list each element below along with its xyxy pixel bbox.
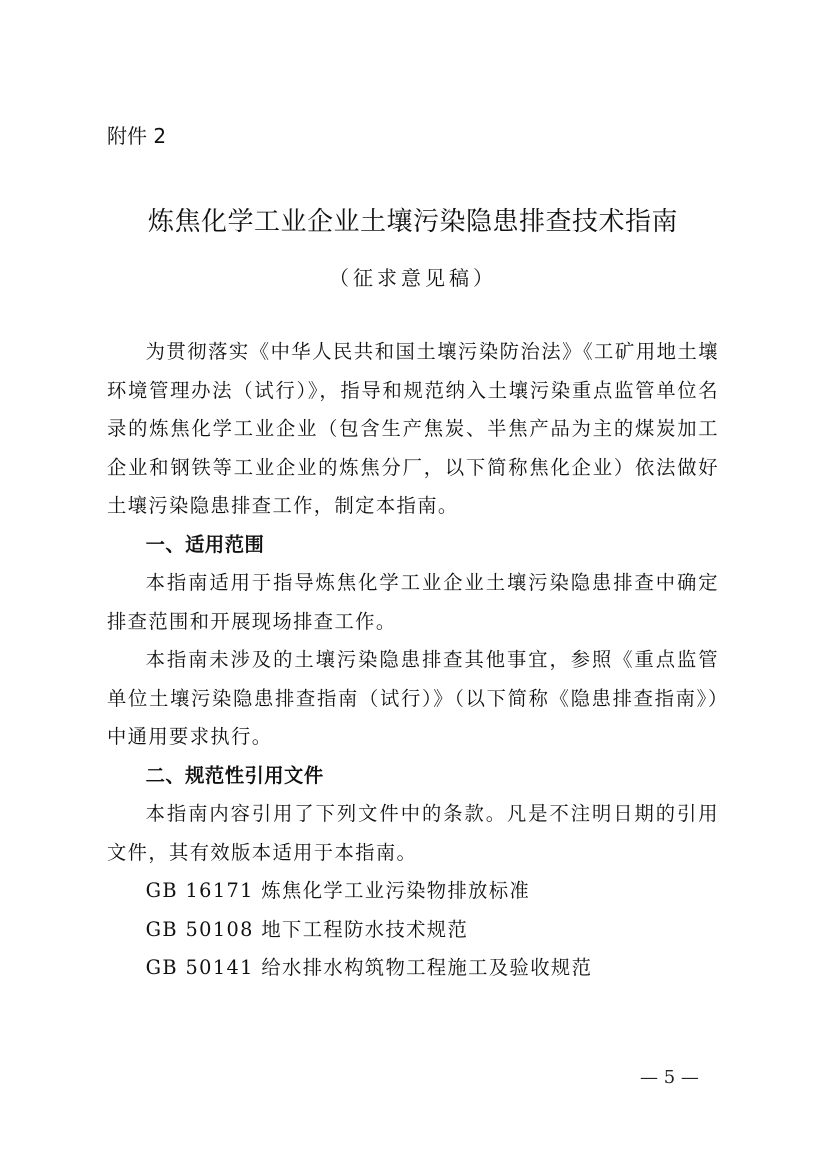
- references-paragraph: 本指南内容引用了下列文件中的条款。凡是不注明日期的引用文件，其有效版本适用于本指…: [107, 795, 719, 872]
- document-subtitle: （征求意见稿）: [0, 262, 826, 291]
- document-page: 附件 2 炼焦化学工业企业土壤污染隐患排查技术指南 （征求意见稿） 为贯彻落实《…: [0, 0, 826, 1169]
- scope-paragraph-2: 本指南未涉及的土壤污染隐患排查其他事宜，参照《重点监管单位土壤污染隐患排查指南（…: [107, 641, 719, 757]
- document-body: 为贯彻落实《中华人民共和国土壤污染防治法》《工矿用地土壤环境管理办法（试行）》，…: [107, 333, 719, 988]
- attachment-label: 附件 2: [107, 120, 166, 149]
- document-title: 炼焦化学工业企业土壤污染隐患排查技术指南: [0, 201, 826, 238]
- reference-item: GB 50141 给水排水构筑物工程施工及验收规范: [107, 949, 719, 988]
- page-number: — 5 —: [640, 1067, 699, 1088]
- section-heading-scope: 一、适用范围: [107, 526, 719, 565]
- reference-item: GB 16171 炼焦化学工业污染物排放标准: [107, 872, 719, 911]
- section-heading-references: 二、规范性引用文件: [107, 757, 719, 796]
- scope-paragraph-1: 本指南适用于指导炼焦化学工业企业土壤污染隐患排查中确定排查范围和开展现场排查工作…: [107, 564, 719, 641]
- intro-paragraph: 为贯彻落实《中华人民共和国土壤污染防治法》《工矿用地土壤环境管理办法（试行）》，…: [107, 333, 719, 526]
- reference-item: GB 50108 地下工程防水技术规范: [107, 911, 719, 950]
